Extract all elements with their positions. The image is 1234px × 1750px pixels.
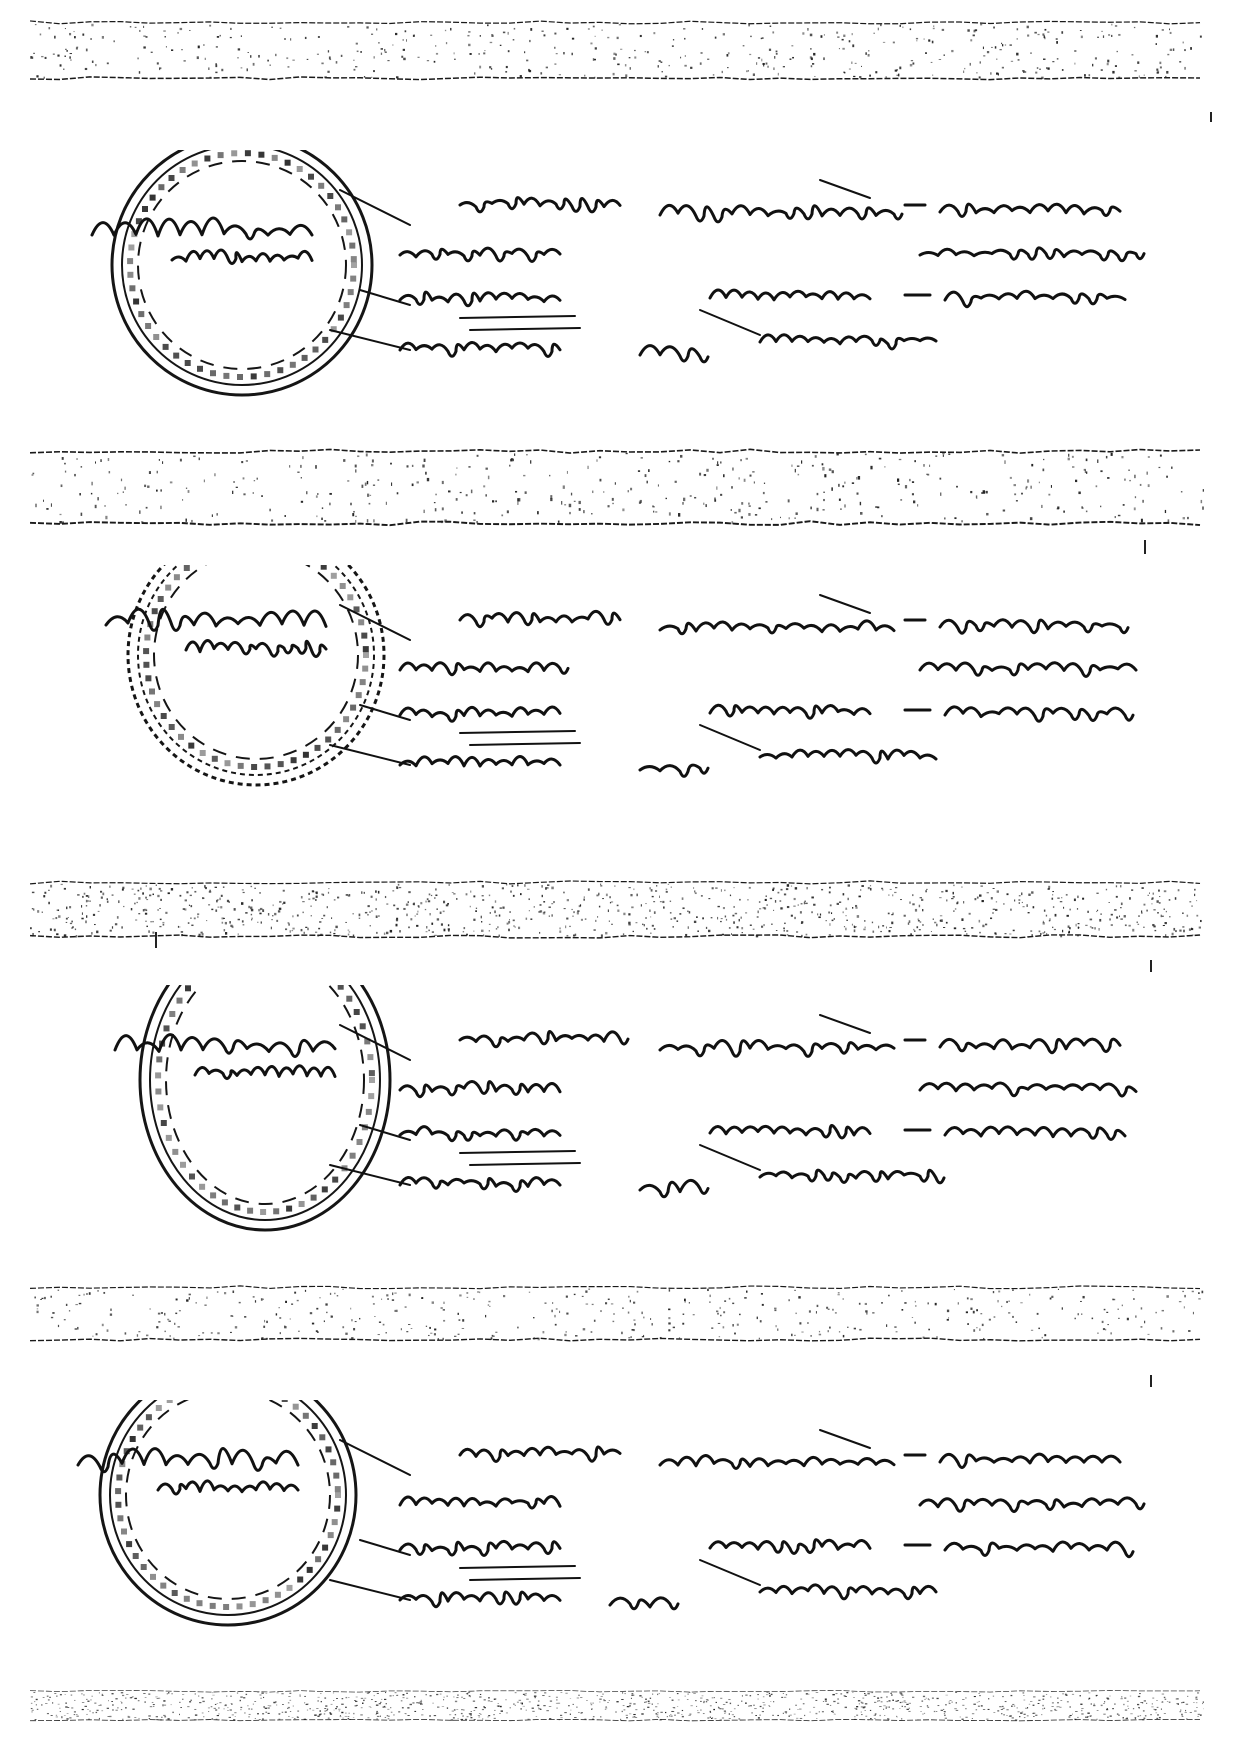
scanned-page: [illegible seal inscription] [illegible … [0, 0, 1234, 1750]
margin-mark [1150, 960, 1152, 972]
separator-band-top [30, 20, 1204, 82]
separator-band-3 [30, 1285, 1204, 1343]
handwriting-layer [0, 150, 1234, 450]
register-entry: [illegible seal inscription] [illegible … [0, 565, 1234, 865]
seal-icon [140, 985, 390, 1230]
register-entry: [illegible seal inscription] [illegible … [0, 1400, 1234, 1700]
separator-band-2 [30, 880, 1204, 940]
margin-mark [1144, 540, 1146, 554]
handwriting-layer [0, 1400, 1234, 1700]
register-entry: [illegible seal inscription] [illegible … [0, 150, 1234, 450]
margin-mark [155, 932, 157, 948]
handwriting-layer [0, 565, 1234, 865]
register-entry: [illegible seal inscription] [illegible … [0, 985, 1234, 1285]
seal-icon [128, 565, 384, 785]
seal-icon [112, 150, 372, 395]
seal-icon [100, 1400, 356, 1625]
margin-mark [1210, 112, 1212, 122]
margin-mark [1150, 1375, 1152, 1387]
handwriting-layer [0, 985, 1234, 1285]
separator-band-1 [30, 448, 1204, 528]
